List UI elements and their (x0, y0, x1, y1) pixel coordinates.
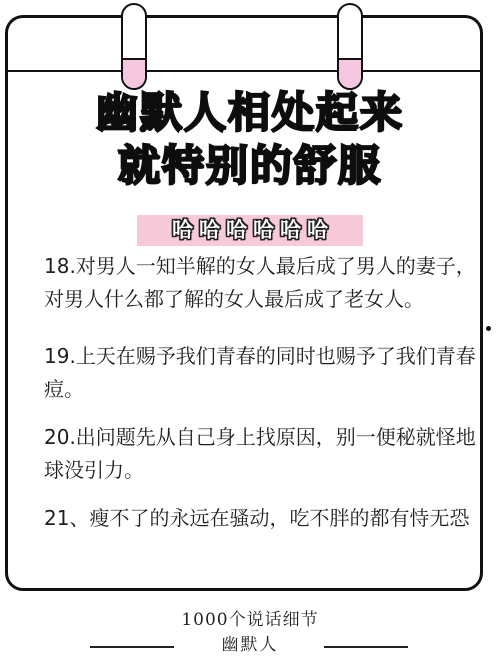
laughter-banner: 哈哈哈哈哈哈 (137, 215, 363, 246)
footer-series-title: 1000个说话细节 (0, 608, 500, 632)
clip-pin-left-pink-tip (123, 58, 145, 88)
page-title-line-2: 就特别的舒服 (0, 139, 500, 192)
quote-list: 18.对男人一知半解的女人最后成了男人的妻子， 对男人什么都了解的女人最后成了老… (44, 250, 469, 535)
quote-item-18: 18.对男人一知半解的女人最后成了男人的妻子， 对男人什么都了解的女人最后成了老… (44, 250, 469, 316)
notepad-header-divider (8, 70, 480, 72)
clip-pin-right (337, 3, 363, 90)
clip-pin-left (121, 3, 147, 90)
footer: 1000个说话细节 幽默人 (0, 608, 500, 658)
quote-item-20: 20.出问题先从自己身上找原因，别一便秘就怪地 球没引力。 (44, 421, 469, 487)
page-title: 幽默人相处起来 就特别的舒服 (0, 86, 500, 192)
footer-rule-right (324, 646, 408, 648)
quote-item-21: 21、瘦不了的永远在骚动，吃不胖的都有恃无恐 (44, 502, 469, 535)
quote-line: 18.对男人一知半解的女人最后成了男人的妻子， (44, 250, 469, 283)
quote-line: 痘。 (44, 373, 469, 406)
quote-line: 19.上天在赐予我们青春的同时也赐予了我们青春 (44, 340, 469, 373)
quote-card-page: 幽默人相处起来 就特别的舒服 哈哈哈哈哈哈 18.对男人一知半解的女人最后成了男… (0, 0, 500, 668)
quote-line: 球没引力。 (44, 454, 469, 487)
quote-item-19: 19.上天在赐予我们青春的同时也赐予了我们青春 痘。 (44, 340, 469, 406)
quote-line: 20.出问题先从自己身上找原因，别一便秘就怪地 (44, 421, 469, 454)
footer-author: 幽默人 (0, 632, 500, 658)
quote-line: 21、瘦不了的永远在骚动，吃不胖的都有恃无恐 (44, 502, 469, 535)
footer-rule-left (90, 646, 174, 648)
edge-dot (486, 326, 491, 331)
page-title-line-1: 幽默人相处起来 (0, 86, 500, 139)
quote-line: 对男人什么都了解的女人最后成了老女人。 (44, 283, 469, 316)
clip-pin-right-pink-tip (339, 58, 361, 88)
